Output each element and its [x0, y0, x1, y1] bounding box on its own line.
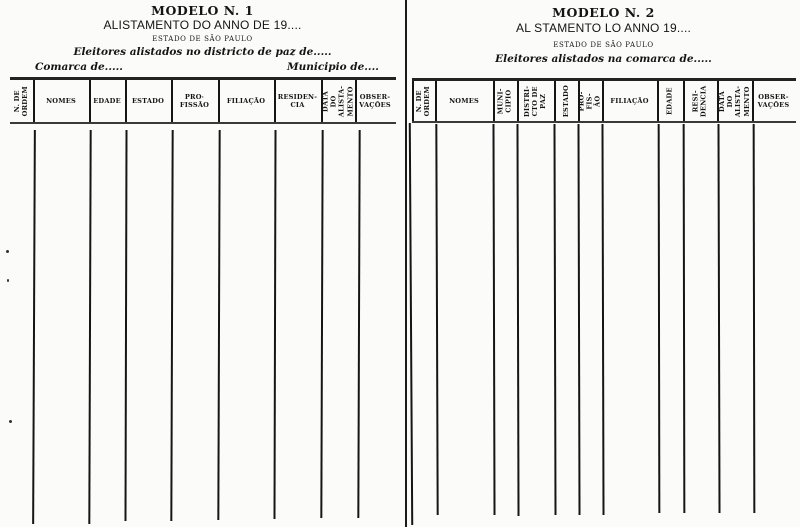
column-divider	[683, 124, 685, 513]
modelo-1-title: MODELO N. 1	[0, 3, 405, 18]
col-header-residencia: RESIDEN- CIA	[274, 80, 321, 122]
col-header-filiacao: FILIAÇÃO	[602, 81, 657, 121]
modelo-1-comarca-line: Comarca de.....	[35, 61, 123, 73]
col-header-districto-de-paz: DISTRI- CTO DE PAZ	[517, 81, 554, 121]
column-divider	[274, 80, 276, 122]
header-bottom-rule	[10, 122, 396, 124]
column-divider	[435, 81, 437, 121]
column-divider	[170, 130, 173, 521]
modelo-2-page: MODELO N. 2 AL STAMENTO LO ANNO 19.... E…	[407, 0, 800, 527]
column-divider	[273, 130, 276, 519]
col-header-n-de-ordem: N. DE ORDEM	[10, 80, 33, 122]
col-header-nomes: NOMES	[33, 80, 89, 122]
col-header-data-alistamento: DATA DO ALISTA- MENTO	[717, 81, 752, 121]
modelo-2-subtitle: AL STAMENTO LO ANNO 19....	[407, 21, 800, 35]
modelo-1-electors-line: Eleitores alistados no districto de paz …	[0, 46, 405, 58]
column-divider	[32, 130, 35, 524]
col-header-edade: EDADE	[89, 80, 125, 122]
col-header-profissao: PRO- FIS-ÃO	[578, 81, 602, 121]
column-divider	[752, 81, 754, 121]
col-header-data-alistamento: DATA DO ALISTA- MENTO	[321, 80, 355, 122]
col-header-observacoes: OBSER- VAÇÕES	[355, 80, 395, 122]
column-divider	[355, 80, 357, 122]
header-bottom-rule	[412, 121, 796, 123]
col-header-nomes: NOMES	[435, 81, 493, 121]
column-divider	[218, 80, 220, 122]
modelo-1-municipio-line: Municipio de....	[287, 61, 379, 73]
col-header-filiacao: FILIAÇÃO	[218, 80, 274, 122]
modelo-2-title: MODELO N. 2	[407, 5, 800, 20]
col-header-observacoes: OBSER- VAÇÕES	[752, 81, 795, 121]
column-divider	[717, 81, 719, 121]
column-divider	[33, 80, 35, 122]
column-divider	[171, 80, 173, 122]
column-divider	[717, 124, 720, 513]
column-divider	[602, 81, 604, 121]
scan-speck	[7, 279, 9, 282]
column-divider	[409, 123, 413, 525]
column-divider	[124, 130, 127, 521]
column-divider	[516, 124, 519, 516]
col-header-estado: ESTADO	[125, 80, 171, 122]
column-divider	[753, 124, 755, 513]
col-header-profissao: PRO· FISSÃO	[171, 80, 218, 122]
column-divider	[89, 80, 91, 122]
scan-speck	[9, 420, 12, 423]
column-divider	[578, 81, 580, 121]
column-divider	[577, 124, 580, 515]
col-header-edade: EDADE	[657, 81, 683, 121]
col-header-residencia: RESI- DENCIA	[683, 81, 717, 121]
column-divider	[217, 130, 220, 520]
column-divider	[657, 81, 659, 121]
column-divider	[517, 81, 519, 121]
column-divider	[412, 81, 414, 121]
modelo-2-state: ESTADO DE SÃO PAULO	[407, 41, 800, 49]
col-header-estado: ESTADO	[554, 81, 578, 121]
column-divider	[601, 124, 604, 515]
column-divider	[683, 81, 685, 121]
modelo-1-page: MODELO N. 1 ALISTAMENTO DO ANNO DE 19...…	[0, 0, 405, 527]
column-divider	[88, 130, 91, 524]
column-divider	[435, 124, 438, 515]
column-divider	[320, 130, 323, 518]
modelo-1-subtitle: ALISTAMENTO DO ANNO DE 19....	[0, 18, 405, 32]
column-divider	[493, 81, 495, 121]
column-divider	[125, 80, 127, 122]
column-divider	[658, 124, 660, 513]
column-divider	[492, 124, 495, 515]
col-header-municipio: MUNI- CIPIO	[493, 81, 517, 121]
modelo-1-state: ESTADO DE SÃO PAULO	[0, 35, 405, 43]
modelo-2-electors-line: Eleitores alistados na comarca de.....	[407, 53, 800, 65]
column-divider	[553, 124, 556, 515]
column-divider	[357, 130, 360, 518]
column-divider	[554, 81, 556, 121]
scan-speck	[6, 250, 9, 253]
column-divider	[321, 80, 323, 122]
col-header-n-de-ordem: N. DE ORDEM	[412, 81, 435, 121]
